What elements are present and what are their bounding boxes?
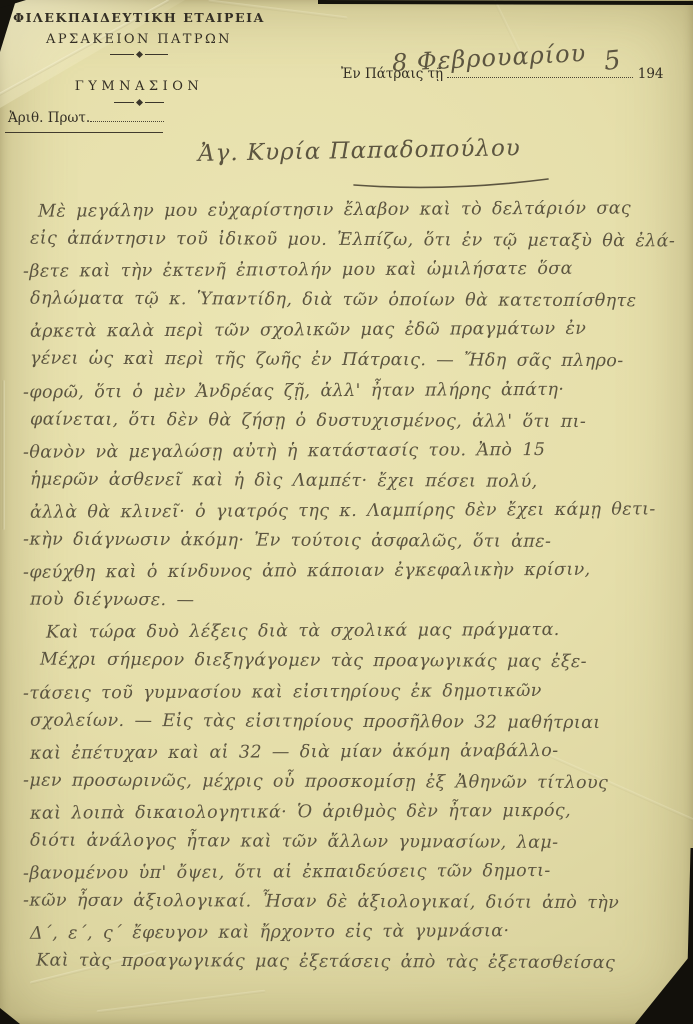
crease-line (96, 990, 265, 1013)
body-line: σχολείων. — Εἰς τὰς εἰσιτηρίους προσῆλθο… (30, 710, 680, 743)
body-line: Μέχρι σήμερον διεξηγάγομεν τὰς προαγωγικ… (30, 650, 680, 683)
organization-name: ΦΙΛΕΚΠΑΙΔΕΥΤΙΚΗ ΕΤΑΙΡΕΙΑ (0, 10, 278, 25)
body-line: καὶ ἐπέτυχαν καὶ αἱ 32 — διὰ μίαν ἀκόμη … (30, 740, 680, 773)
ornament-divider (110, 52, 168, 57)
body-line: ἡμερῶν ἀσθενεῖ καὶ ἡ δὶς Λαμπέτ· ἔχει πέ… (30, 469, 680, 502)
body-line: -μεν προσωρινῶς, μέχρις οὗ προσκομίσῃ ἐξ… (23, 770, 680, 803)
body-line: διότι ἀνάλογος ἦταν καὶ τῶν ἄλλων γυμνασ… (30, 831, 680, 864)
body-line: γένει ὡς καὶ περὶ τῆς ζωῆς ἐν Πάτραις. —… (30, 349, 680, 382)
body-line: Καὶ τὰς προαγωγικάς μας ἐξετάσεις ἀπὸ τὰ… (30, 951, 680, 984)
protocol-underline (5, 132, 163, 133)
salutation-flourish (352, 176, 552, 192)
protocol-number-line: Ἀριθ. Πρωτ. (8, 110, 178, 126)
body-line: ποὺ διέγνωσε. — (30, 590, 680, 623)
body-line: -βετε καὶ τὴν ἐκτενῆ ἐπιστολήν μου καὶ ὡ… (23, 258, 680, 292)
body-line: εἰς ἀπάντησιν τοῦ ἰδικοῦ μου. Ἐλπίζω, ὅτ… (30, 229, 680, 262)
body-line: -φεύχθη καὶ ὁ κίνδυνος ἀπὸ κάποιαν ἐγκεφ… (23, 559, 680, 593)
date-dotted-leader (447, 77, 633, 78)
body-line: -βανομένου ὑπ' ὄψει, ὅτι αἱ ἐκπαιδεύσεις… (23, 860, 680, 894)
body-line: -κὴν διάγνωσιν ἀκόμη· Ἐν τούτοις ἀσφαλῶς… (23, 530, 680, 563)
body-line: -θανὸν νὰ μεγαλώσῃ αὐτὴ ἡ κατάστασίς του… (23, 439, 680, 473)
body-line: δηλώματα τῷ κ. Ὑπαντίδη, διὰ τῶν ὁποίων … (30, 289, 680, 322)
salutation: Ἀγ. Κυρία Παπαδοπούλου (198, 135, 521, 167)
diamond-icon (135, 99, 142, 106)
body-line: ἀρκετὰ καλὰ περὶ τῶν σχολικῶν μας ἐδῶ πρ… (30, 319, 680, 352)
scan-corner-shadow-top-left (0, 0, 26, 8)
scan-corner-shadow-bottom-right (635, 952, 693, 1024)
body-line: Καὶ τώρα δυὸ λέξεις διὰ τὰ σχολικά μας π… (30, 620, 680, 653)
scan-corner-shadow-bottom-left (0, 1008, 20, 1024)
school-name: ΑΡΣΑΚΕΙΟΝ ΠΑΤΡΩΝ (0, 32, 278, 47)
body-line: ἀλλὰ θὰ κλινεῖ· ὁ γιατρός της κ. Λαμπίρη… (30, 499, 680, 532)
body-line: -κῶν ἦσαν ἀξιολογικαί. Ἦσαν δὲ ἀξιολογικ… (23, 891, 680, 924)
department-name: ΓΥΜΝΑΣΙΟΝ (0, 79, 278, 94)
crease-line (2, 380, 5, 530)
handwritten-year-digit: 5 (602, 45, 622, 77)
year-printed: 194 (638, 66, 664, 82)
diamond-icon (135, 51, 142, 58)
scanned-letter-page: ΦΙΛΕΚΠΑΙΔΕΥΤΙΚΗ ΕΤΑΙΡΕΙΑ ΑΡΣΑΚΕΙΟΝ ΠΑΤΡΩ… (0, 0, 693, 1024)
body-line: Δ΄, ε΄, ς΄ ἔφευγον καὶ ἤρχοντο εἰς τὰ γυ… (30, 921, 680, 954)
body-line: καὶ λοιπὰ δικαιολογητικά· Ὁ ἀριθμὸς δὲν … (30, 800, 680, 833)
scan-edge-top (318, 0, 693, 5)
protocol-dotted-leader (90, 121, 164, 122)
ornament-divider (114, 100, 164, 105)
letterhead: ΦΙΛΕΚΠΑΙΔΕΥΤΙΚΗ ΕΤΑΙΡΕΙΑ ΑΡΣΑΚΕΙΟΝ ΠΑΤΡΩ… (0, 10, 278, 105)
body-line: Μὲ μεγάλην μου εὐχαρίστησιν ἔλαβον καὶ τ… (30, 198, 680, 231)
letter-body: Μὲ μεγάλην μου εὐχαρίστησιν ἔλαβον καὶ τ… (30, 200, 680, 982)
protocol-label: Ἀριθ. Πρωτ. (8, 110, 90, 126)
body-line: -τάσεις τοῦ γυμνασίου καὶ εἰσιτηρίους ἐκ… (23, 680, 680, 714)
body-line: -φορῶ, ὅτι ὁ μὲν Ἀνδρέας ζῇ, ἀλλ' ἦταν π… (23, 379, 680, 413)
body-line: φαίνεται, ὅτι δὲν θὰ ζήσῃ ὁ δυστυχισμένο… (30, 409, 680, 442)
paper-sheet: ΦΙΛΕΚΠΑΙΔΕΥΤΙΚΗ ΕΤΑΙΡΕΙΑ ΑΡΣΑΚΕΙΟΝ ΠΑΤΡΩ… (0, 0, 693, 1024)
